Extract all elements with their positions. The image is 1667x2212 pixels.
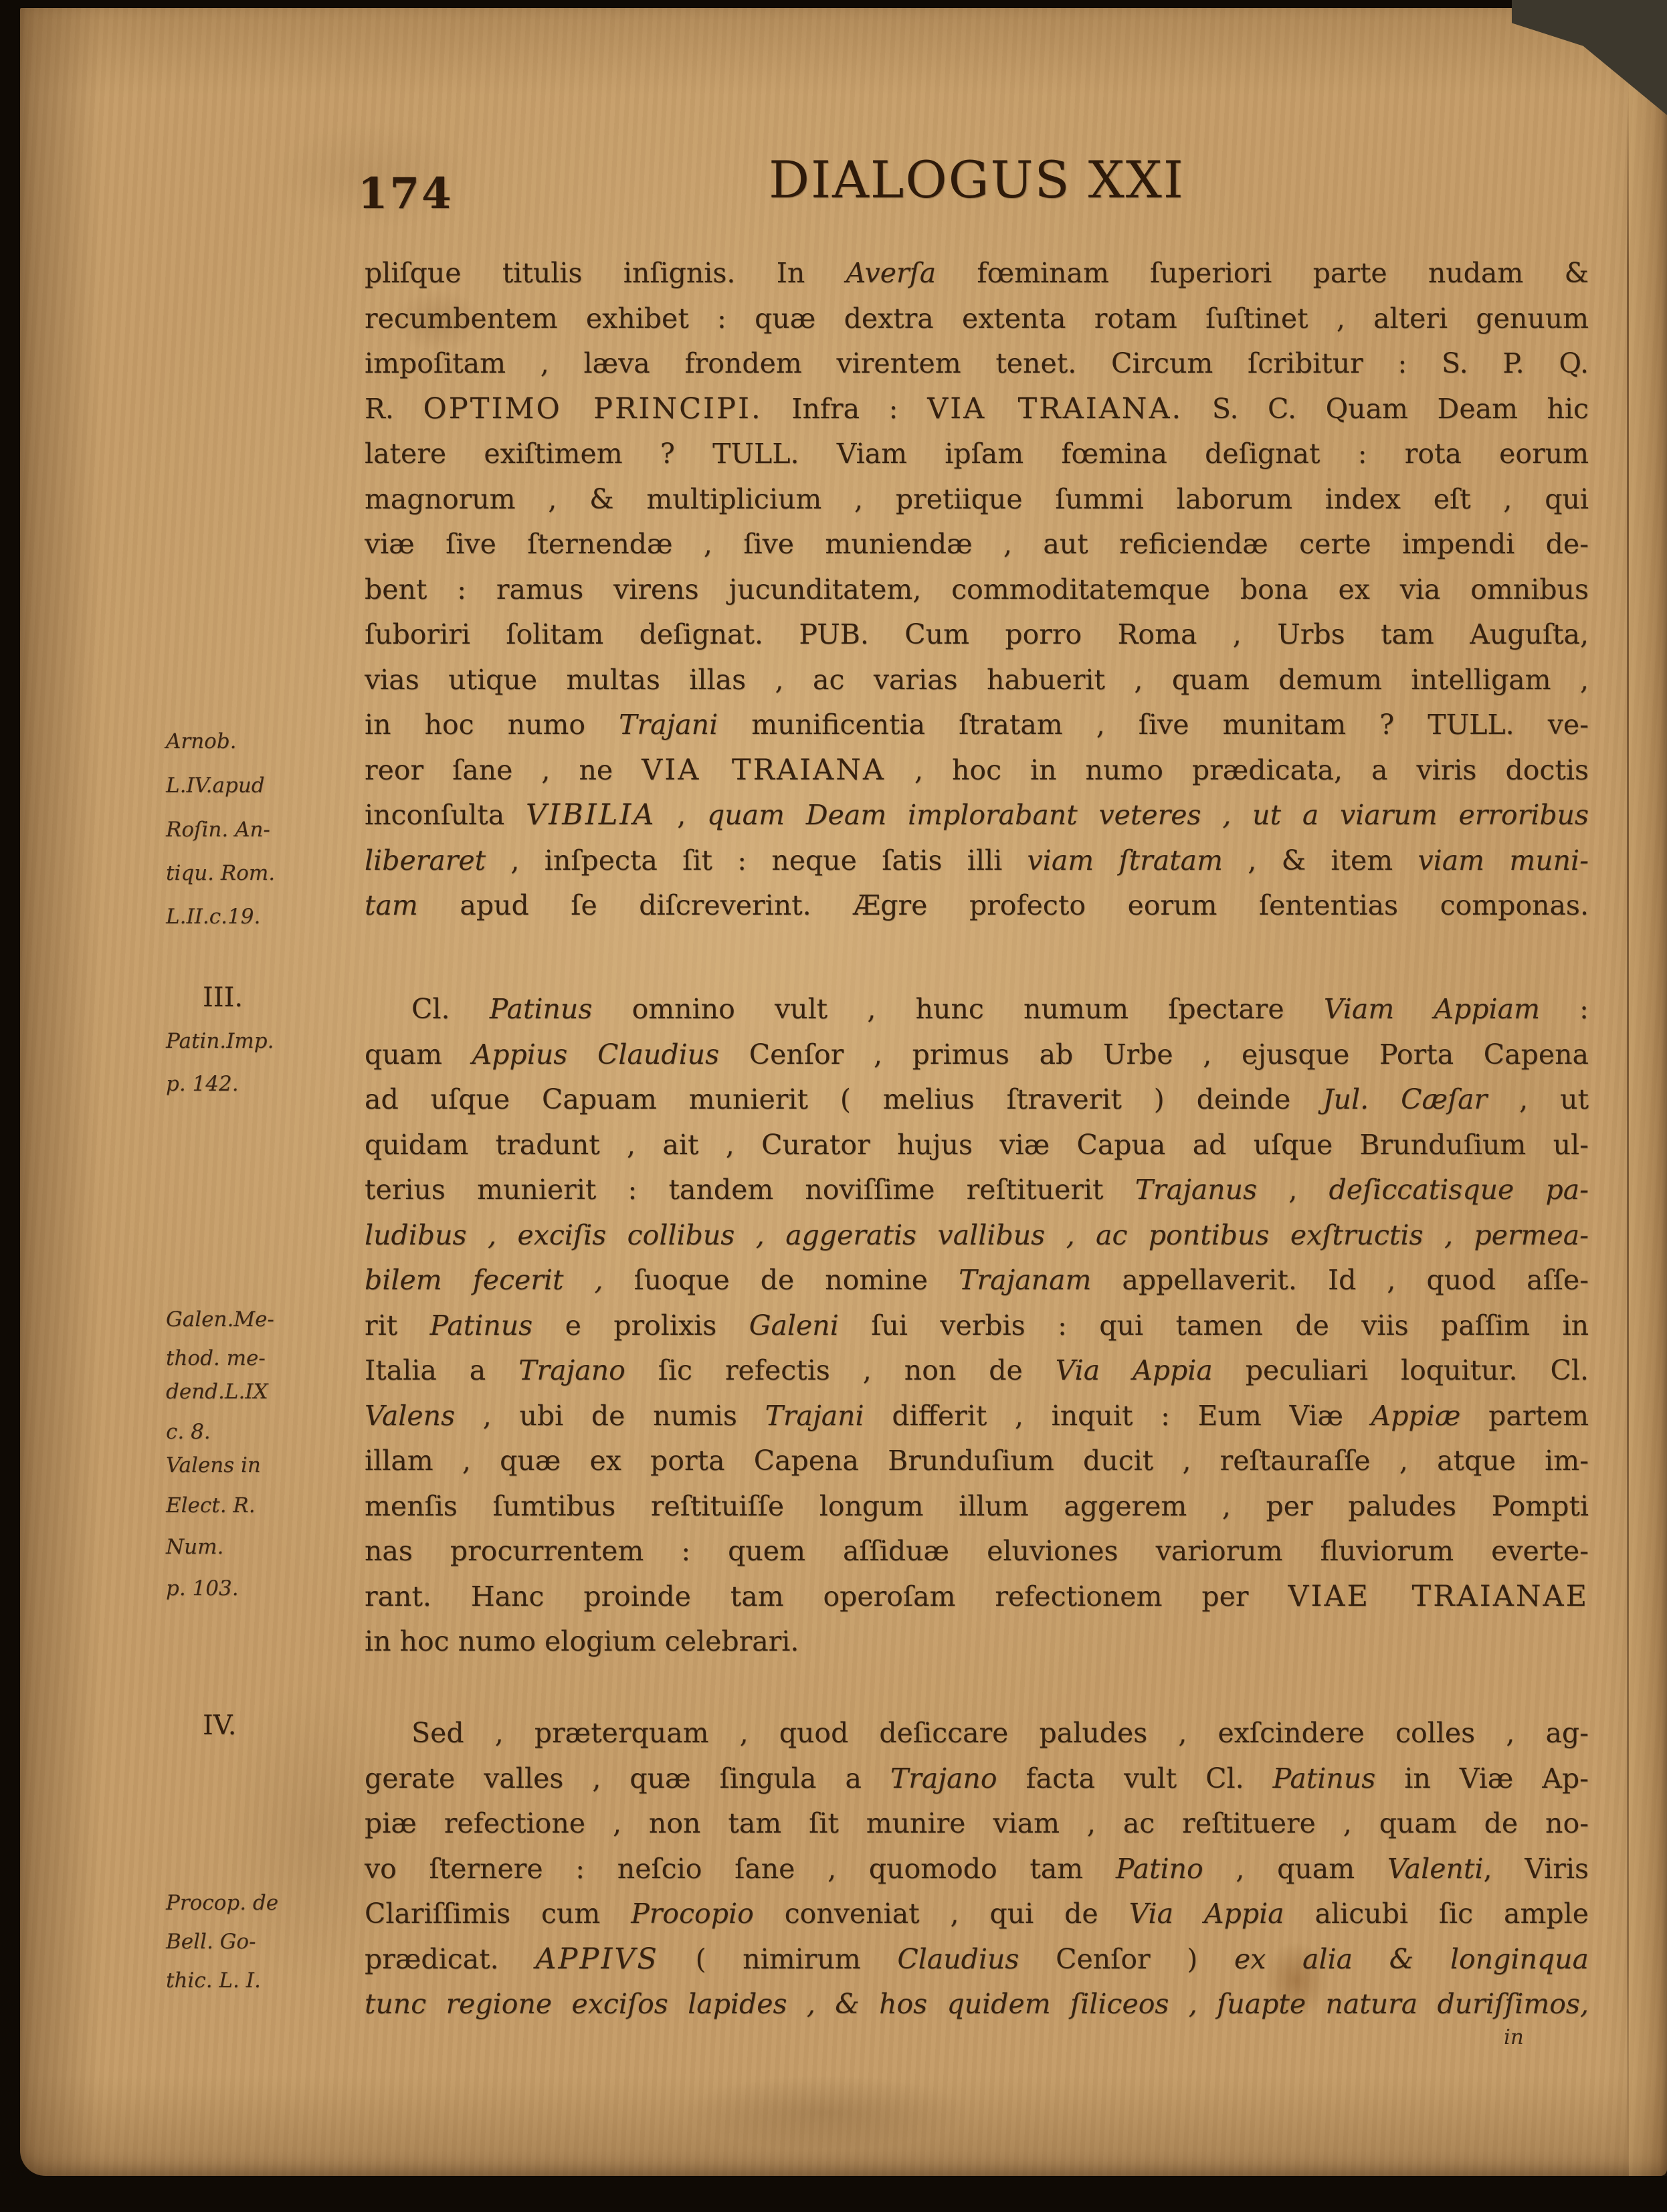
text-line: menſis ſumtibus reſtituiſſe longum illum… [365, 1484, 1589, 1530]
section-number: III. [166, 984, 380, 1012]
text-line: in hoc numo Trajani munificentia ſtratam… [365, 703, 1589, 748]
text-run: latere exiſtimem ? TULL. Viam ipſam fœmi… [365, 438, 1589, 470]
text-run: viam ſtratam [1027, 844, 1223, 877]
text-run: , inſpecta ſit : neque ſatis illi [486, 844, 1027, 877]
text-line: Cl. Patinus omnino vult , hunc numum ſpe… [365, 987, 1589, 1032]
text-run: omnino vult , hunc numum ſpectare [592, 993, 1323, 1025]
text-run: Via Appia [1056, 1354, 1213, 1386]
text-run: ex alia & longinqua [1234, 1943, 1589, 1975]
text-run: ludibus , exciſis collibus , aggeratis v… [365, 1219, 1589, 1251]
text-run: appellaverit. Id , quod aſſe- [1091, 1264, 1589, 1296]
text-line: tunc regione exciſos lapides , & hos qui… [365, 1982, 1589, 2027]
text-run: Valens [365, 1400, 455, 1432]
text-line: illam , quæ ex porta Capena Brunduſium d… [365, 1439, 1589, 1484]
text-run: VIA TRAIANA. [927, 392, 1183, 426]
text-line: quidam tradunt , ait , Curator hujus viæ… [365, 1123, 1589, 1168]
text-run: nas procurrentem : quem aſſiduæ eluvione… [365, 1535, 1589, 1567]
text-line: bilem fecerit , ſuoque de nomine Trajana… [365, 1258, 1589, 1303]
text-run: Averſa [846, 257, 937, 289]
margin-note: Arnob. [166, 731, 343, 753]
text-run: Patino [1116, 1853, 1203, 1885]
text-run: VIAE TRAIANAE [1288, 1580, 1589, 1613]
text-run: in hoc numo elogium celebrari. [365, 1625, 799, 1657]
text-line: quam Appius Claudius Cenſor , primus ab … [365, 1032, 1589, 1078]
text-run: viæ ſive ſternendæ , ſive muniendæ , aut… [365, 528, 1589, 560]
text-line: ſuboriri ſolitam deſignat. PUB. Cum porr… [365, 612, 1589, 658]
text-run: peculiari loquitur. Cl. [1213, 1354, 1589, 1386]
text-line: latere exiſtimem ? TULL. Viam ipſam fœmi… [365, 432, 1589, 477]
text-run: menſis ſumtibus reſtituiſſe longum illum… [365, 1490, 1589, 1522]
text-run: Trajano [518, 1354, 625, 1386]
text-run: Trajani [765, 1400, 864, 1432]
text-run: Claudius [897, 1943, 1019, 1975]
margin-note: p. 142. [166, 1073, 343, 1095]
text-run: Patinus [430, 1309, 533, 1342]
text-line: recumbentem exhibet : quæ dextra extenta… [365, 296, 1589, 342]
text-run: impoſitam , læva frondem virentem tenet.… [365, 347, 1589, 379]
text-run: facta vult Cl. [997, 1762, 1273, 1794]
page-fore-edge [1629, 8, 1667, 2176]
text-run: prædicat. [365, 1943, 535, 1975]
text-line: vo ſternere : neſcio ſane , quomodo tam … [365, 1847, 1589, 1892]
text-line: ludibus , exciſis collibus , aggeratis v… [365, 1213, 1589, 1259]
text-run: quidam tradunt , ait , Curator hujus viæ… [365, 1129, 1589, 1161]
text-run: Jul. Cæſar [1322, 1083, 1487, 1115]
text-run: gerate valles , quæ ſingula a [365, 1762, 890, 1794]
text-run: Infra : [763, 393, 927, 425]
text-line: bent : ramus virens jucunditatem, commod… [365, 567, 1589, 613]
text-run: OPTIMO PRINCIPI. [423, 392, 762, 426]
text-run: pliſque titulis inſignis. In [365, 257, 846, 289]
text-run: Valenti [1387, 1853, 1484, 1885]
text-run: VIBILIA [526, 798, 656, 832]
text-run: ſuoque de nomine [603, 1264, 959, 1296]
text-run: vo ſternere : neſcio ſane , quomodo tam [365, 1853, 1116, 1885]
text-run: Galeni [749, 1309, 839, 1342]
text-run: partem [1460, 1400, 1589, 1432]
margin-note: L.IV.apud [166, 775, 343, 797]
text-line: rant. Hanc proinde tam operoſam refectio… [365, 1574, 1589, 1620]
margin-note: p. 103. [166, 1578, 343, 1600]
text-run: inconſulta [365, 799, 526, 831]
text-run: recumbentem exhibet : quæ dextra extenta… [365, 302, 1589, 335]
text-run: VIA TRAIANA [642, 753, 886, 787]
text-line: nas procurrentem : quem aſſiduæ eluvione… [365, 1529, 1589, 1574]
text-run: Viam Appiam [1324, 993, 1540, 1025]
paragraph-1: pliſque titulis inſignis. In Averſa fœmi… [365, 251, 1589, 929]
text-line: ad uſque Capuam munierit ( melius ſtrave… [365, 1077, 1589, 1123]
text-run: tam [365, 889, 418, 921]
text-run: Procopio [631, 1898, 754, 1930]
text-run: illam , quæ ex porta Capena Brunduſium d… [365, 1445, 1589, 1477]
text-run: quam Deam implorabant veteres , ut a via… [707, 799, 1589, 831]
text-run: S. C. Quam Deam hic [1183, 393, 1589, 425]
text-run: tunc regione exciſos lapides , & hos qui… [365, 1988, 1589, 2020]
margin-note: Bell. Go- [166, 1931, 343, 1953]
margin-note: Num. [166, 1536, 343, 1558]
text-run: e prolixis [532, 1309, 749, 1342]
text-run: apud ſe diſcreverint. Ægre profecto eoru… [418, 889, 1589, 921]
page-surface: 174 DIALOGUS XXI Arnob.L.IV.apudRoſin. A… [20, 8, 1667, 2176]
text-run: , [656, 799, 707, 831]
text-line: Italia a Trajano ſic refectis , non de V… [365, 1348, 1589, 1394]
text-line: liberaret , inſpecta ſit : neque ſatis i… [365, 838, 1589, 884]
text-line: pliſque titulis inſignis. In Averſa fœmi… [365, 251, 1589, 296]
text-run: munificentia ſtratam , ſive munitam ? TU… [718, 709, 1589, 741]
text-run: ſuboriri ſolitam deſignat. PUB. Cum porr… [365, 618, 1589, 650]
text-run: APPIVS [535, 1942, 659, 1976]
text-run: reor ſane , ne [365, 754, 642, 786]
text-run: ſui verbis : qui tamen de viis paſſim in [839, 1309, 1589, 1342]
book-page-scan: 174 DIALOGUS XXI Arnob.L.IV.apudRoſin. A… [0, 0, 1667, 2212]
margin-note: Roſin. An- [166, 819, 343, 841]
text-line: viæ ſive ſternendæ , ſive muniendæ , aut… [365, 522, 1589, 567]
text-line: terius munierit : tandem noviſſime reſti… [365, 1168, 1589, 1213]
text-line: Clariſſimis cum Procopio conveniat , qui… [365, 1892, 1589, 1937]
text-line: rit Patinus e prolixis Galeni ſui verbis… [365, 1303, 1589, 1349]
text-line: tam apud ſe diſcreverint. Ægre profecto … [365, 883, 1589, 929]
paragraph-2: Cl. Patinus omnino vult , hunc numum ſpe… [365, 987, 1589, 1665]
text-run: bent : ramus virens jucunditatem, commod… [365, 573, 1589, 606]
text-run: , hoc in numo prædicata, a viris doctis [886, 754, 1589, 786]
text-run: Patinus [1273, 1762, 1376, 1794]
text-run: , ubi de numis [455, 1400, 765, 1432]
text-run: bilem fecerit , [365, 1264, 603, 1296]
text-run: , & item [1223, 844, 1417, 877]
text-line: magnorum , & multiplicium , pretiique ſu… [365, 477, 1589, 523]
text-line: Sed , præterquam , quod deſiccare palude… [365, 1711, 1589, 1756]
text-run: Appiæ [1371, 1400, 1461, 1432]
text-line: piæ refectione , non tam ſit munire viam… [365, 1801, 1589, 1847]
margin-note: c. 8. [166, 1421, 343, 1443]
catchword: in [1504, 2025, 1524, 2049]
text-run: ad uſque Capuam munierit ( melius ſtrave… [365, 1083, 1322, 1115]
text-run: liberaret [365, 844, 486, 877]
margin-note: Patin.Imp. [166, 1030, 343, 1052]
text-run: Appius Claudius [472, 1038, 719, 1071]
text-run: , quam [1203, 1853, 1387, 1885]
paragraph-3: Sed , præterquam , quod deſiccare palude… [365, 1711, 1589, 2027]
text-run: alicubi ſic ample [1284, 1898, 1589, 1930]
text-line: prædicat. APPIVS ( nimirum Claudius Cenſ… [365, 1937, 1589, 1983]
text-run: piæ refectione , non tam ſit munire viam… [365, 1807, 1589, 1839]
text-run: magnorum , & multiplicium , pretiique ſu… [365, 483, 1589, 515]
text-run: Cenſor ) [1019, 1943, 1234, 1975]
text-line: vias utique multas illas , ac varias hab… [365, 658, 1589, 703]
text-run: Cenſor , primus ab Urbe , ejusque Porta … [719, 1038, 1589, 1071]
text-run: ( nimirum [659, 1943, 897, 1975]
margin-note: L.II.c.19. [166, 906, 343, 928]
margin-note: dend.L.IX [166, 1381, 343, 1403]
text-run: Trajanam [959, 1264, 1091, 1296]
text-line: inconſulta VIBILIA , quam Deam imploraba… [365, 793, 1589, 838]
page-crease-line [1627, 102, 1629, 2162]
text-run: ſic refectis , non de [625, 1354, 1056, 1386]
text-run: viam muni- [1417, 844, 1589, 877]
text-run: : [1540, 993, 1589, 1025]
text-run: Trajano [890, 1762, 997, 1794]
text-run: conveniat , qui de [754, 1898, 1129, 1930]
margin-note: Valens in [166, 1455, 343, 1477]
text-run: Via Appia [1129, 1898, 1284, 1930]
text-block: pliſque titulis inſignis. In Averſa fœmi… [365, 8, 1589, 2176]
text-run: , Viris [1484, 1853, 1589, 1885]
margin-note: tiqu. Rom. [166, 862, 343, 885]
text-run: quam [365, 1038, 472, 1071]
text-run: rant. Hanc proinde tam operoſam refectio… [365, 1580, 1288, 1612]
text-run: Sed , præterquam , quod deſiccare palude… [411, 1717, 1589, 1749]
text-run: fœminam ſuperiori parte nudam & [936, 257, 1589, 289]
text-run: Trajanus [1135, 1174, 1257, 1206]
text-run: Clariſſimis cum [365, 1898, 631, 1930]
margin-note: Procop. de [166, 1892, 343, 1914]
text-line: gerate valles , quæ ſingula a Trajano fa… [365, 1756, 1589, 1802]
text-run: in Viæ Ap- [1375, 1762, 1589, 1794]
text-run: Trajani [619, 709, 718, 741]
margin-note: Galen.Me- [166, 1309, 343, 1331]
text-run: in hoc numo [365, 709, 619, 741]
text-run: , ut [1487, 1083, 1589, 1115]
text-run: Patinus [490, 993, 593, 1025]
text-line: reor ſane , ne VIA TRAIANA , hoc in numo… [365, 748, 1589, 794]
text-run: Cl. [411, 993, 490, 1025]
text-run: rit [365, 1309, 430, 1342]
scanned-book-photo: { "colors": { "paper": "#c49c68", "ink":… [0, 0, 1667, 2212]
text-line: Valens , ubi de numis Trajani differit ,… [365, 1394, 1589, 1439]
text-line: R. OPTIMO PRINCIPI. Infra : VIA TRAIANA.… [365, 387, 1589, 432]
margin-note: thod. me- [166, 1348, 343, 1370]
margin-note: Elect. R. [166, 1495, 343, 1517]
text-run: deſiccatisque pa- [1329, 1174, 1589, 1206]
section-number: IV. [166, 1712, 380, 1740]
margin-note: thic. L. I. [166, 1970, 343, 1992]
text-run: differit , inquit : Eum Viæ [864, 1400, 1371, 1432]
text-line: in hoc numo elogium celebrari. [365, 1619, 1589, 1665]
margin-notes-column: Arnob.L.IV.apudRoſin. An-tiqu. Rom.L.II.… [166, 8, 343, 2176]
text-line: impoſitam , læva frondem virentem tenet.… [365, 341, 1589, 387]
text-run: vias utique multas illas , ac varias hab… [365, 664, 1589, 696]
text-run: , [1257, 1174, 1329, 1206]
text-run: Italia a [365, 1354, 518, 1386]
text-run: terius munierit : tandem noviſſime reſti… [365, 1174, 1135, 1206]
text-run: R. [365, 393, 423, 425]
